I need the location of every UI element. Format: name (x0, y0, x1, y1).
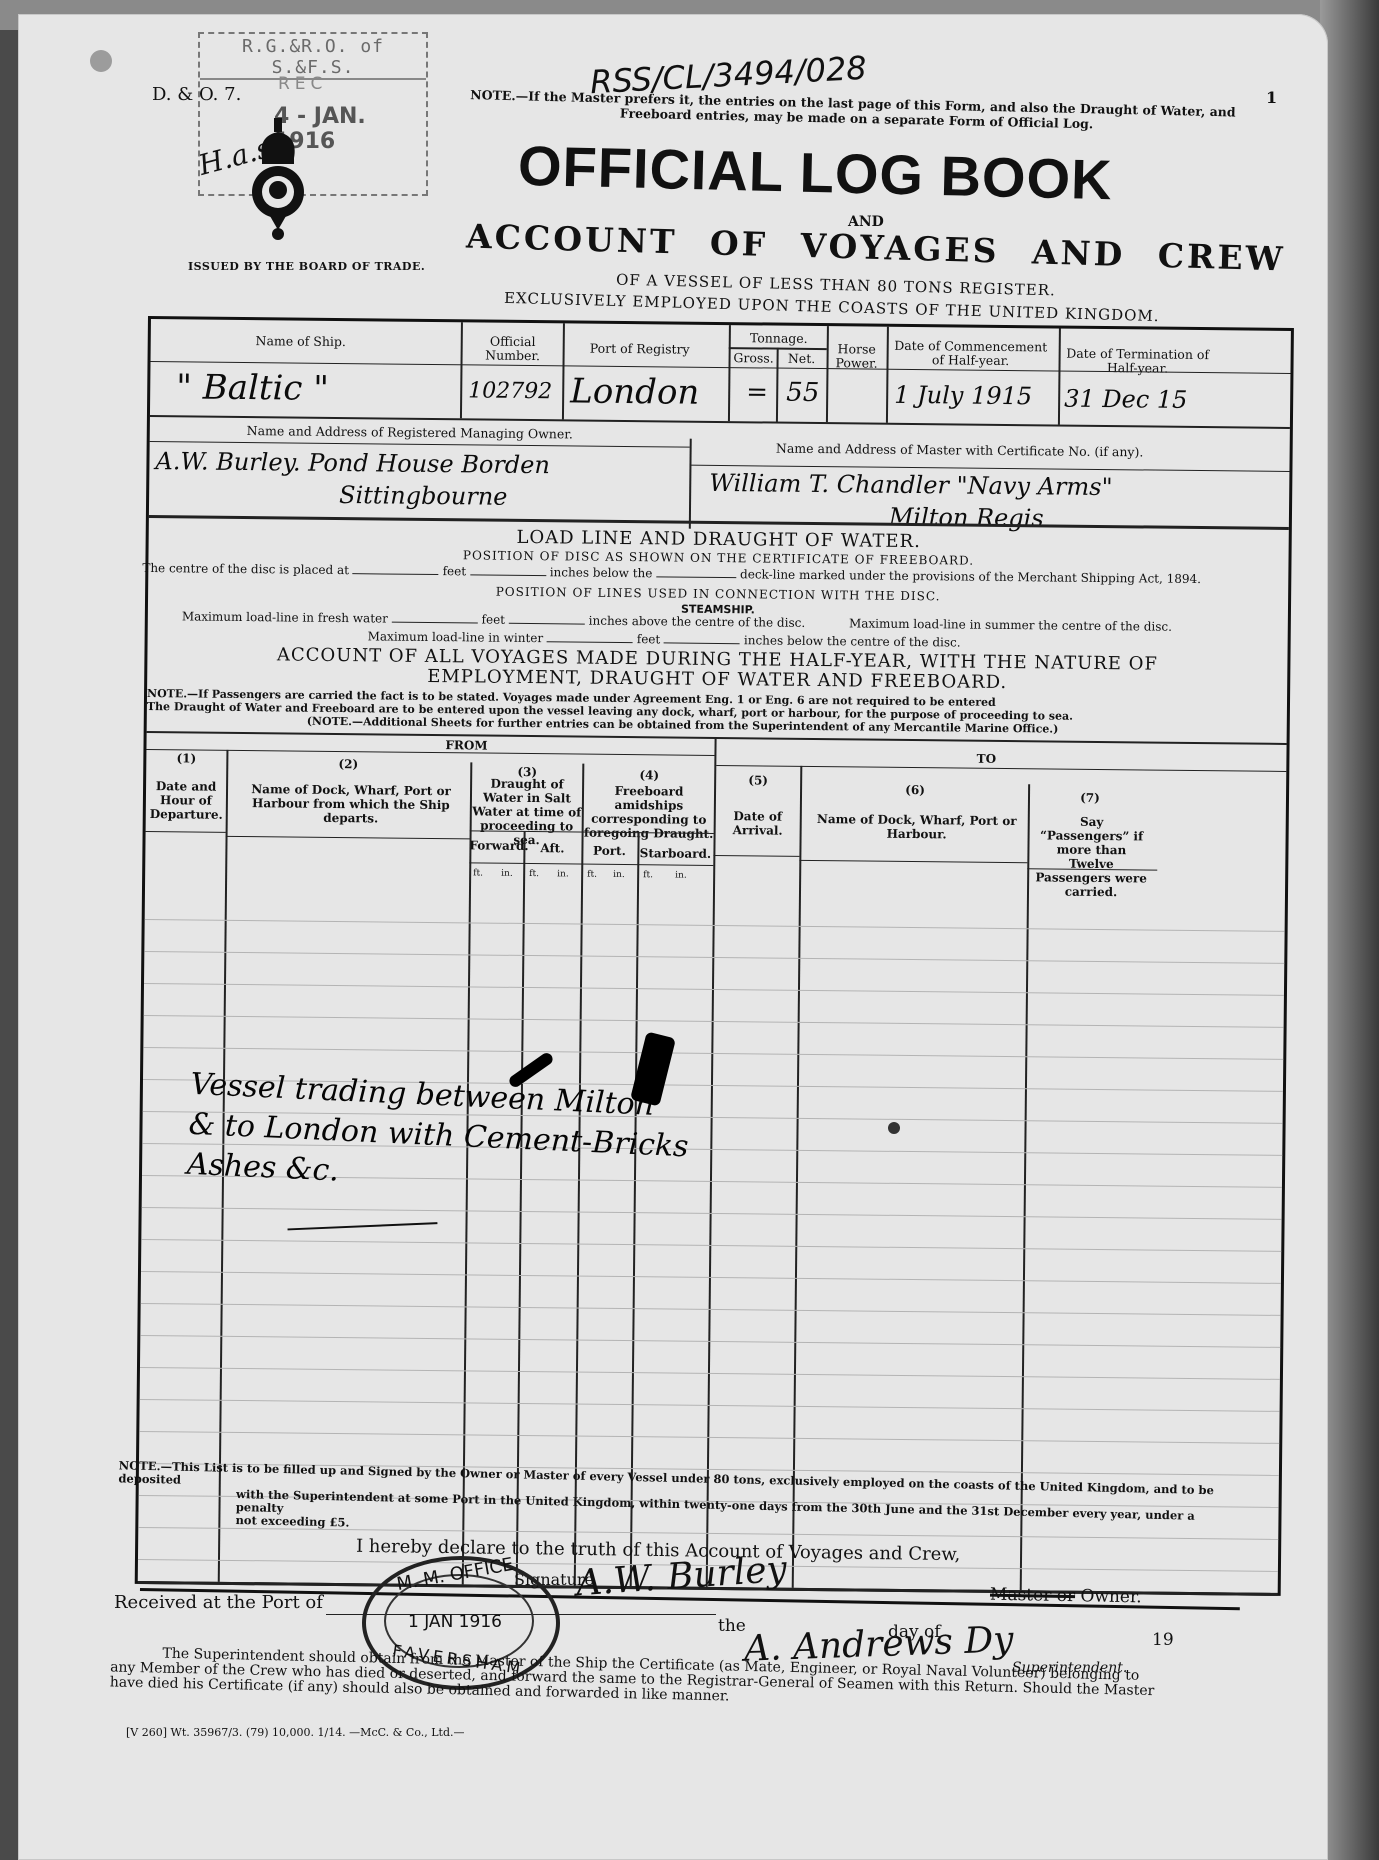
stamp-label: REC (278, 74, 327, 94)
fresh-water-inches-field[interactable] (509, 613, 585, 625)
divider (226, 836, 470, 840)
header-port-of-registry: Port of Registry (565, 341, 715, 357)
divider (826, 326, 829, 422)
divider (150, 441, 690, 448)
page-title: OFFICIAL LOG BOOK (517, 133, 1113, 213)
divider (562, 323, 565, 419)
voyage-entry: Vessel trading between Milton & to Londo… (186, 1065, 691, 1208)
divider (469, 862, 713, 866)
disc-inches-field[interactable] (470, 564, 546, 576)
ship-name-value: " Baltic " (176, 367, 329, 409)
owner-value: A.W. Burley. Pond House Borden (155, 447, 550, 479)
royal-crest-icon (248, 118, 308, 244)
divider (689, 439, 692, 529)
header-official-number: Official Number. (463, 334, 563, 363)
winter-inches-field[interactable] (664, 632, 740, 644)
form-code: D. & O. 7. (152, 84, 241, 105)
header-master: Name and Address of Master with Certific… (750, 441, 1170, 459)
unit-ft: ft. (473, 868, 483, 878)
col5-number: (5) (716, 773, 800, 788)
col3-label: Draught of Water in Salt Water at time o… (471, 776, 582, 847)
col2-number: (2) (228, 756, 468, 773)
unit-ft: ft. (529, 869, 539, 879)
header-owner: Name and Address of Registered Managing … (230, 424, 590, 442)
entry-underline (288, 1222, 438, 1230)
unit-in: in. (675, 871, 687, 881)
header-tonnage: Tonnage. (731, 331, 827, 346)
page-number: 1 (1266, 88, 1277, 107)
unit-ft: ft. (587, 870, 597, 880)
unit-in: in. (501, 869, 513, 879)
col4-number: (4) (584, 768, 714, 783)
form-frame: Name of Ship. Official Number. Port of R… (135, 316, 1294, 1596)
divider (1020, 784, 1030, 1590)
sub-forward: Forward. (469, 838, 523, 853)
col6-label: Name of Dock, Wharf, Port or Harbour. (812, 812, 1022, 842)
winter-feet-field[interactable] (547, 631, 633, 643)
sub-port: Port. (581, 844, 637, 859)
header-net: Net. (779, 352, 825, 366)
voyages-notes: NOTE.—If Passengers are carried the fact… (147, 687, 1287, 738)
divider (799, 860, 1027, 863)
col7-number: (7) (1030, 790, 1150, 805)
col1-label: Date and Hour of Departure. (150, 779, 222, 822)
divider (1058, 329, 1061, 425)
log-book-page: R.G.&R.O. of S.&F.S. REC 4 - JAN. 1916 D… (18, 14, 1328, 1860)
header-date-commencement: Date of Commencement of Half-year. (891, 339, 1051, 369)
fresh-water-feet-field[interactable] (392, 612, 478, 624)
punch-hole (90, 50, 112, 72)
unit-in: in. (557, 869, 569, 879)
subtitle-coasts: EXCLUSIVELY EMPLOYED UPON THE COASTS OF … (504, 289, 1160, 325)
postmark-date: 1 JAN 1916 (408, 1612, 502, 1632)
from-label: FROM (406, 738, 526, 753)
master-value: William T. Chandler "Navy Arms" (709, 469, 1113, 501)
official-number-value: 102792 (468, 378, 552, 404)
ink-dot (888, 1122, 900, 1134)
top-note: NOTE.—If the Master prefers it, the entr… (470, 87, 1250, 135)
commencement-value: 1 July 1915 (894, 381, 1032, 410)
col7-label: Say “Passengers” if more than Twelve Pas… (1033, 814, 1150, 899)
divider (713, 855, 799, 857)
received-at-label: Received at the Port of (114, 1592, 323, 1613)
divider (146, 831, 226, 833)
col5-label: Date of Arrival. (720, 809, 796, 838)
termination-value: 31 Dec 15 (1064, 385, 1188, 414)
the-label: the (718, 1616, 746, 1636)
header-gross: Gross. (731, 351, 777, 365)
unit-in: in. (613, 870, 625, 880)
port-of-registry-value: London (570, 371, 699, 412)
printer-imprint: [V 260] Wt. 35967/3. (79) 10,000. 1/14. … (126, 1726, 465, 1739)
header-name-of-ship: Name of Ship. (211, 334, 391, 350)
col1-number: (1) (146, 751, 226, 766)
sub-aft: Aft. (523, 841, 581, 856)
unit-ft: ft. (643, 870, 653, 880)
scan-background-right (1320, 0, 1379, 1860)
col2-label: Name of Dock, Wharf, Port or Harbour fro… (246, 782, 456, 826)
header-horse-power: Horse Power. (828, 342, 884, 371)
net-value: 55 (786, 378, 819, 408)
col6-number: (6) (802, 782, 1028, 798)
master-value-line2: Milton Regis (889, 503, 1044, 533)
superintendent-instructions: The Superintendent should obtain from th… (110, 1645, 1219, 1715)
year-prefix: 19 (1152, 1630, 1174, 1650)
disc-feet-field[interactable] (353, 563, 439, 575)
divider (792, 766, 803, 1588)
sub-starboard: Starboard. (637, 846, 713, 861)
owner-value-line2: Sittingbourne (339, 481, 508, 511)
deck-line-field[interactable] (656, 566, 736, 578)
gross-value: = (746, 377, 768, 407)
divider (886, 327, 889, 423)
issued-by: ISSUED BY THE BOARD OF TRADE. (188, 260, 425, 273)
to-label: TO (926, 751, 1046, 766)
